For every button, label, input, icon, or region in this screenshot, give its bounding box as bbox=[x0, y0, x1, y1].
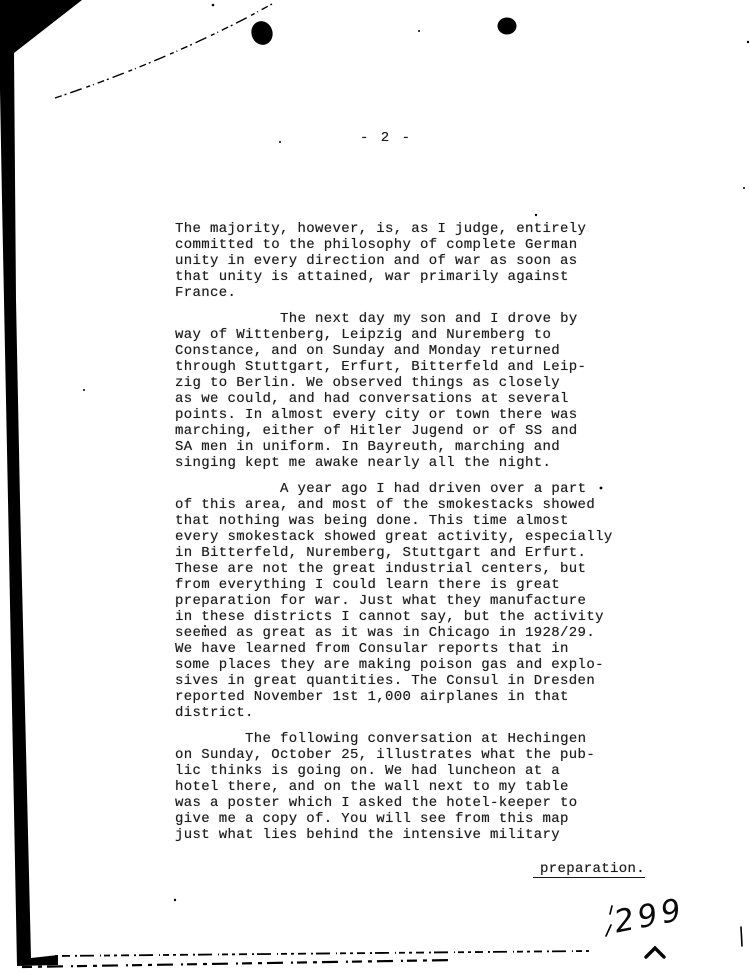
typed-paragraph: A year ago I had driven over a part of t… bbox=[175, 481, 627, 721]
punch-hole-dot-right bbox=[498, 18, 517, 35]
bottom-edge-artifact-upper bbox=[55, 951, 590, 956]
punch-hole-dot-left bbox=[248, 18, 275, 47]
handwritten-page-number: 299 bbox=[611, 892, 688, 941]
caret-mark bbox=[646, 948, 664, 957]
typed-text-block: The majority, however, is, as I judge, e… bbox=[175, 221, 627, 853]
page-edge-shadow bbox=[0, 0, 82, 966]
scratch-mark bbox=[55, 4, 272, 98]
page-number: - 2 - bbox=[360, 130, 412, 146]
typed-paragraph: The following conversation at Hechingen … bbox=[175, 731, 627, 843]
typed-paragraph: The next day my son and I drove by way o… bbox=[175, 311, 627, 471]
scanned-document-page: { "document": { "page_number_label": "- … bbox=[0, 0, 750, 972]
bottom-edge-artifact-lower bbox=[22, 960, 455, 967]
catchword: preparation. bbox=[533, 861, 645, 878]
typed-paragraph: The majority, however, is, as I judge, e… bbox=[175, 221, 627, 301]
